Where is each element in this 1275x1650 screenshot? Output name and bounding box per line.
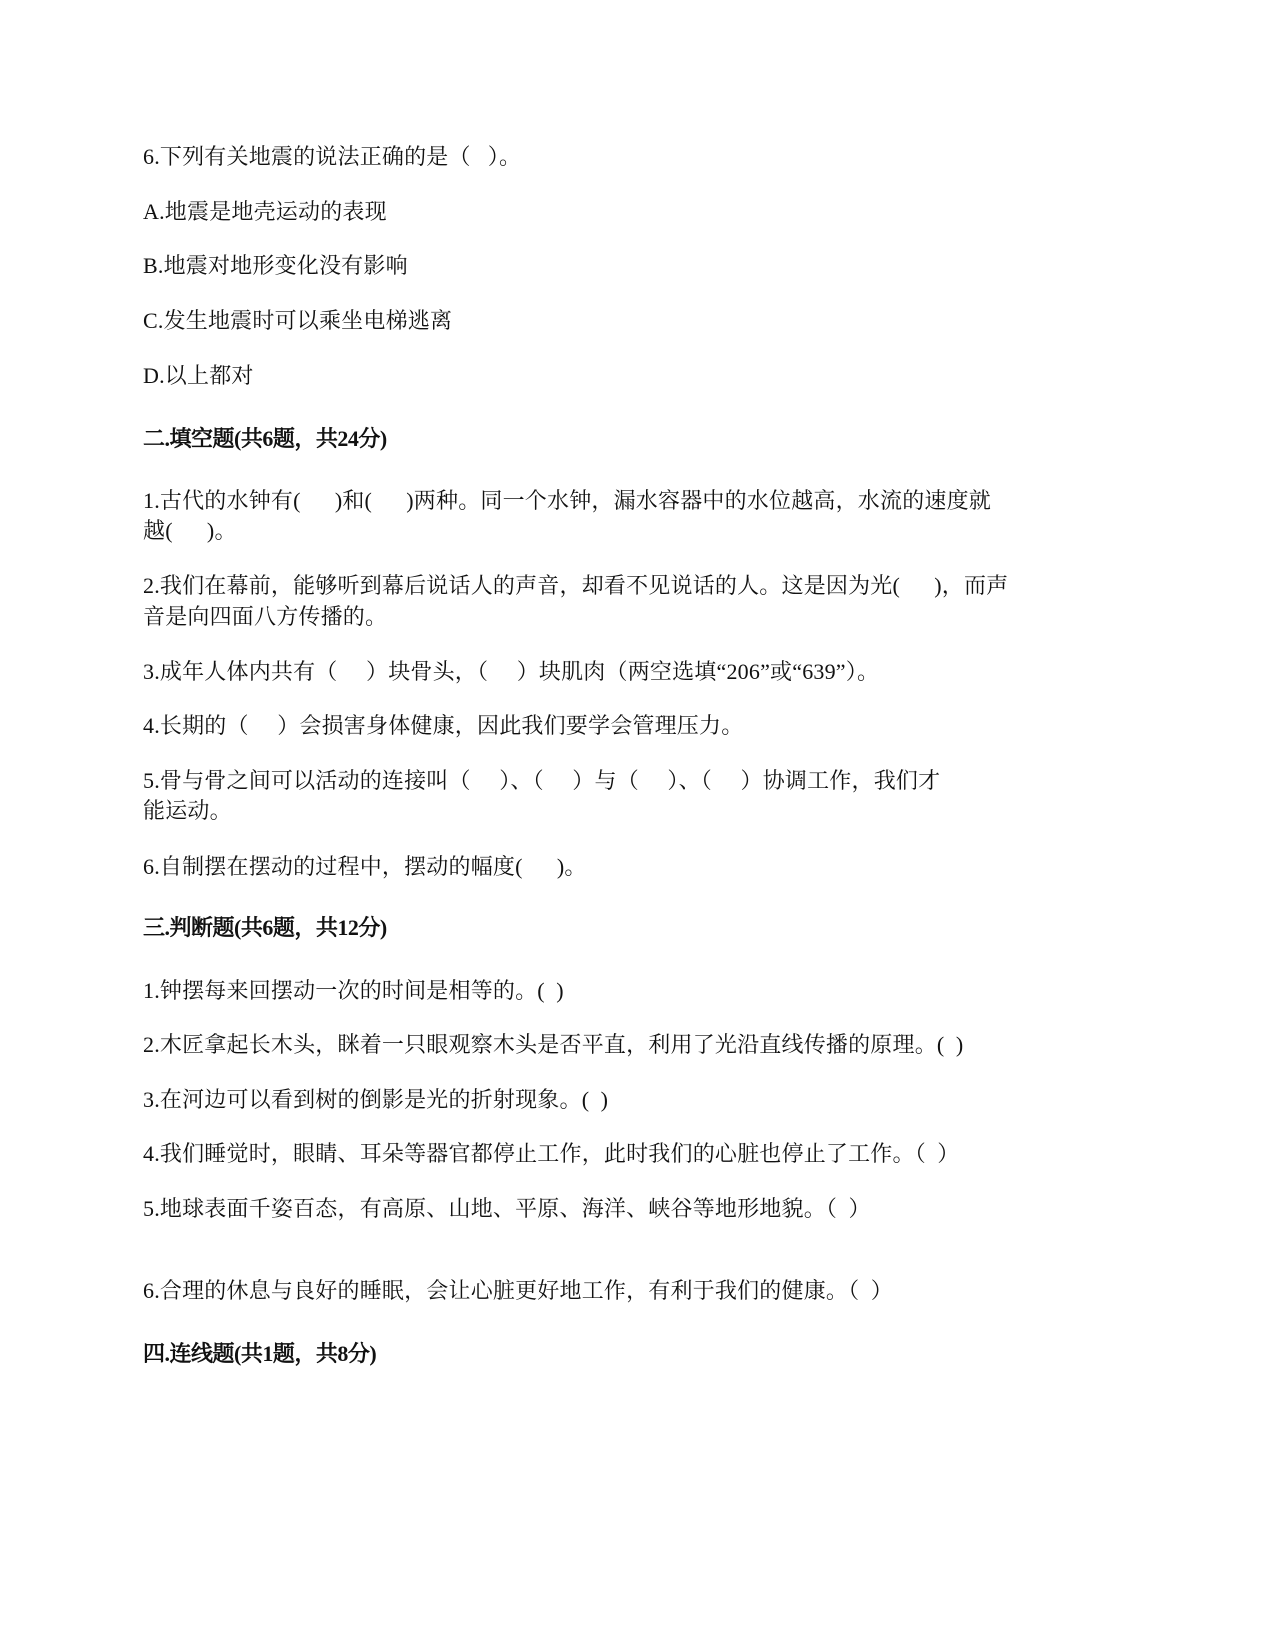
true-false-question-5: 5.地球表面千姿百态，有高原、山地、平原、海洋、峡谷等地形地貌。（ ）	[143, 1193, 1123, 1225]
fill-blank-question-4: 4.长期的（ ）会损害身体健康，因此我们要学会管理压力。	[143, 710, 1123, 742]
fill-blank-question-3: 3.成年人体内共有（ ）块骨头，（ ）块肌肉（两空选填“206”或“639”）。	[143, 656, 1123, 688]
fill-blank-question-1-line1: 1.古代的水钟有( )和( )两种。同一个水钟，漏水容器中的水位越高，水流的速度…	[143, 485, 1123, 517]
true-false-question-2: 2.木匠拿起长木头，眯着一只眼观察木头是否平直，利用了光沿直线传播的原理。( )	[143, 1029, 1123, 1061]
section-heading-fill-blank: 二.填空题(共6题，共24分)	[143, 423, 1123, 455]
true-false-question-1: 1.钟摆每来回摆动一次的时间是相等的。( )	[143, 975, 1123, 1007]
choice-question-6: 6.下列有关地震的说法正确的是（ ）。	[143, 141, 1123, 173]
exam-page: 6.下列有关地震的说法正确的是（ ）。 A.地震是地壳运动的表现 B.地震对地形…	[0, 0, 1275, 1650]
true-false-question-6: 6.合理的休息与良好的睡眠，会让心脏更好地工作，有利于我们的健康。（ ）	[143, 1275, 1123, 1307]
fill-blank-question-5-line2: 能运动。	[143, 795, 1123, 827]
choice-option-d: D.以上都对	[143, 360, 1123, 392]
section-heading-true-false: 三.判断题(共6题，共12分)	[143, 912, 1123, 944]
fill-blank-question-1-line2: 越( )。	[143, 515, 1123, 547]
section-heading-matching: 四.连线题(共1题，共8分)	[143, 1338, 1123, 1370]
choice-option-b: B.地震对地形变化没有影响	[143, 250, 1123, 282]
fill-blank-question-6: 6.自制摆在摆动的过程中，摆动的幅度( )。	[143, 851, 1123, 883]
choice-option-a: A.地震是地壳运动的表现	[143, 196, 1123, 228]
fill-blank-question-2-line1: 2.我们在幕前，能够听到幕后说话人的声音，却看不见说话的人。这是因为光( )，而…	[143, 570, 1123, 602]
true-false-question-3: 3.在河边可以看到树的倒影是光的折射现象。( )	[143, 1084, 1123, 1116]
fill-blank-question-5-line1: 5.骨与骨之间可以活动的连接叫（ ）、（ ）与（ ）、（ ）协调工作，我们才	[143, 765, 1123, 797]
choice-option-c: C.发生地震时可以乘坐电梯逃离	[143, 305, 1123, 337]
true-false-question-4: 4.我们睡觉时，眼睛、耳朵等器官都停止工作，此时我们的心脏也停止了工作。（ ）	[143, 1138, 1123, 1170]
fill-blank-question-2-line2: 音是向四面八方传播的。	[143, 601, 1123, 633]
